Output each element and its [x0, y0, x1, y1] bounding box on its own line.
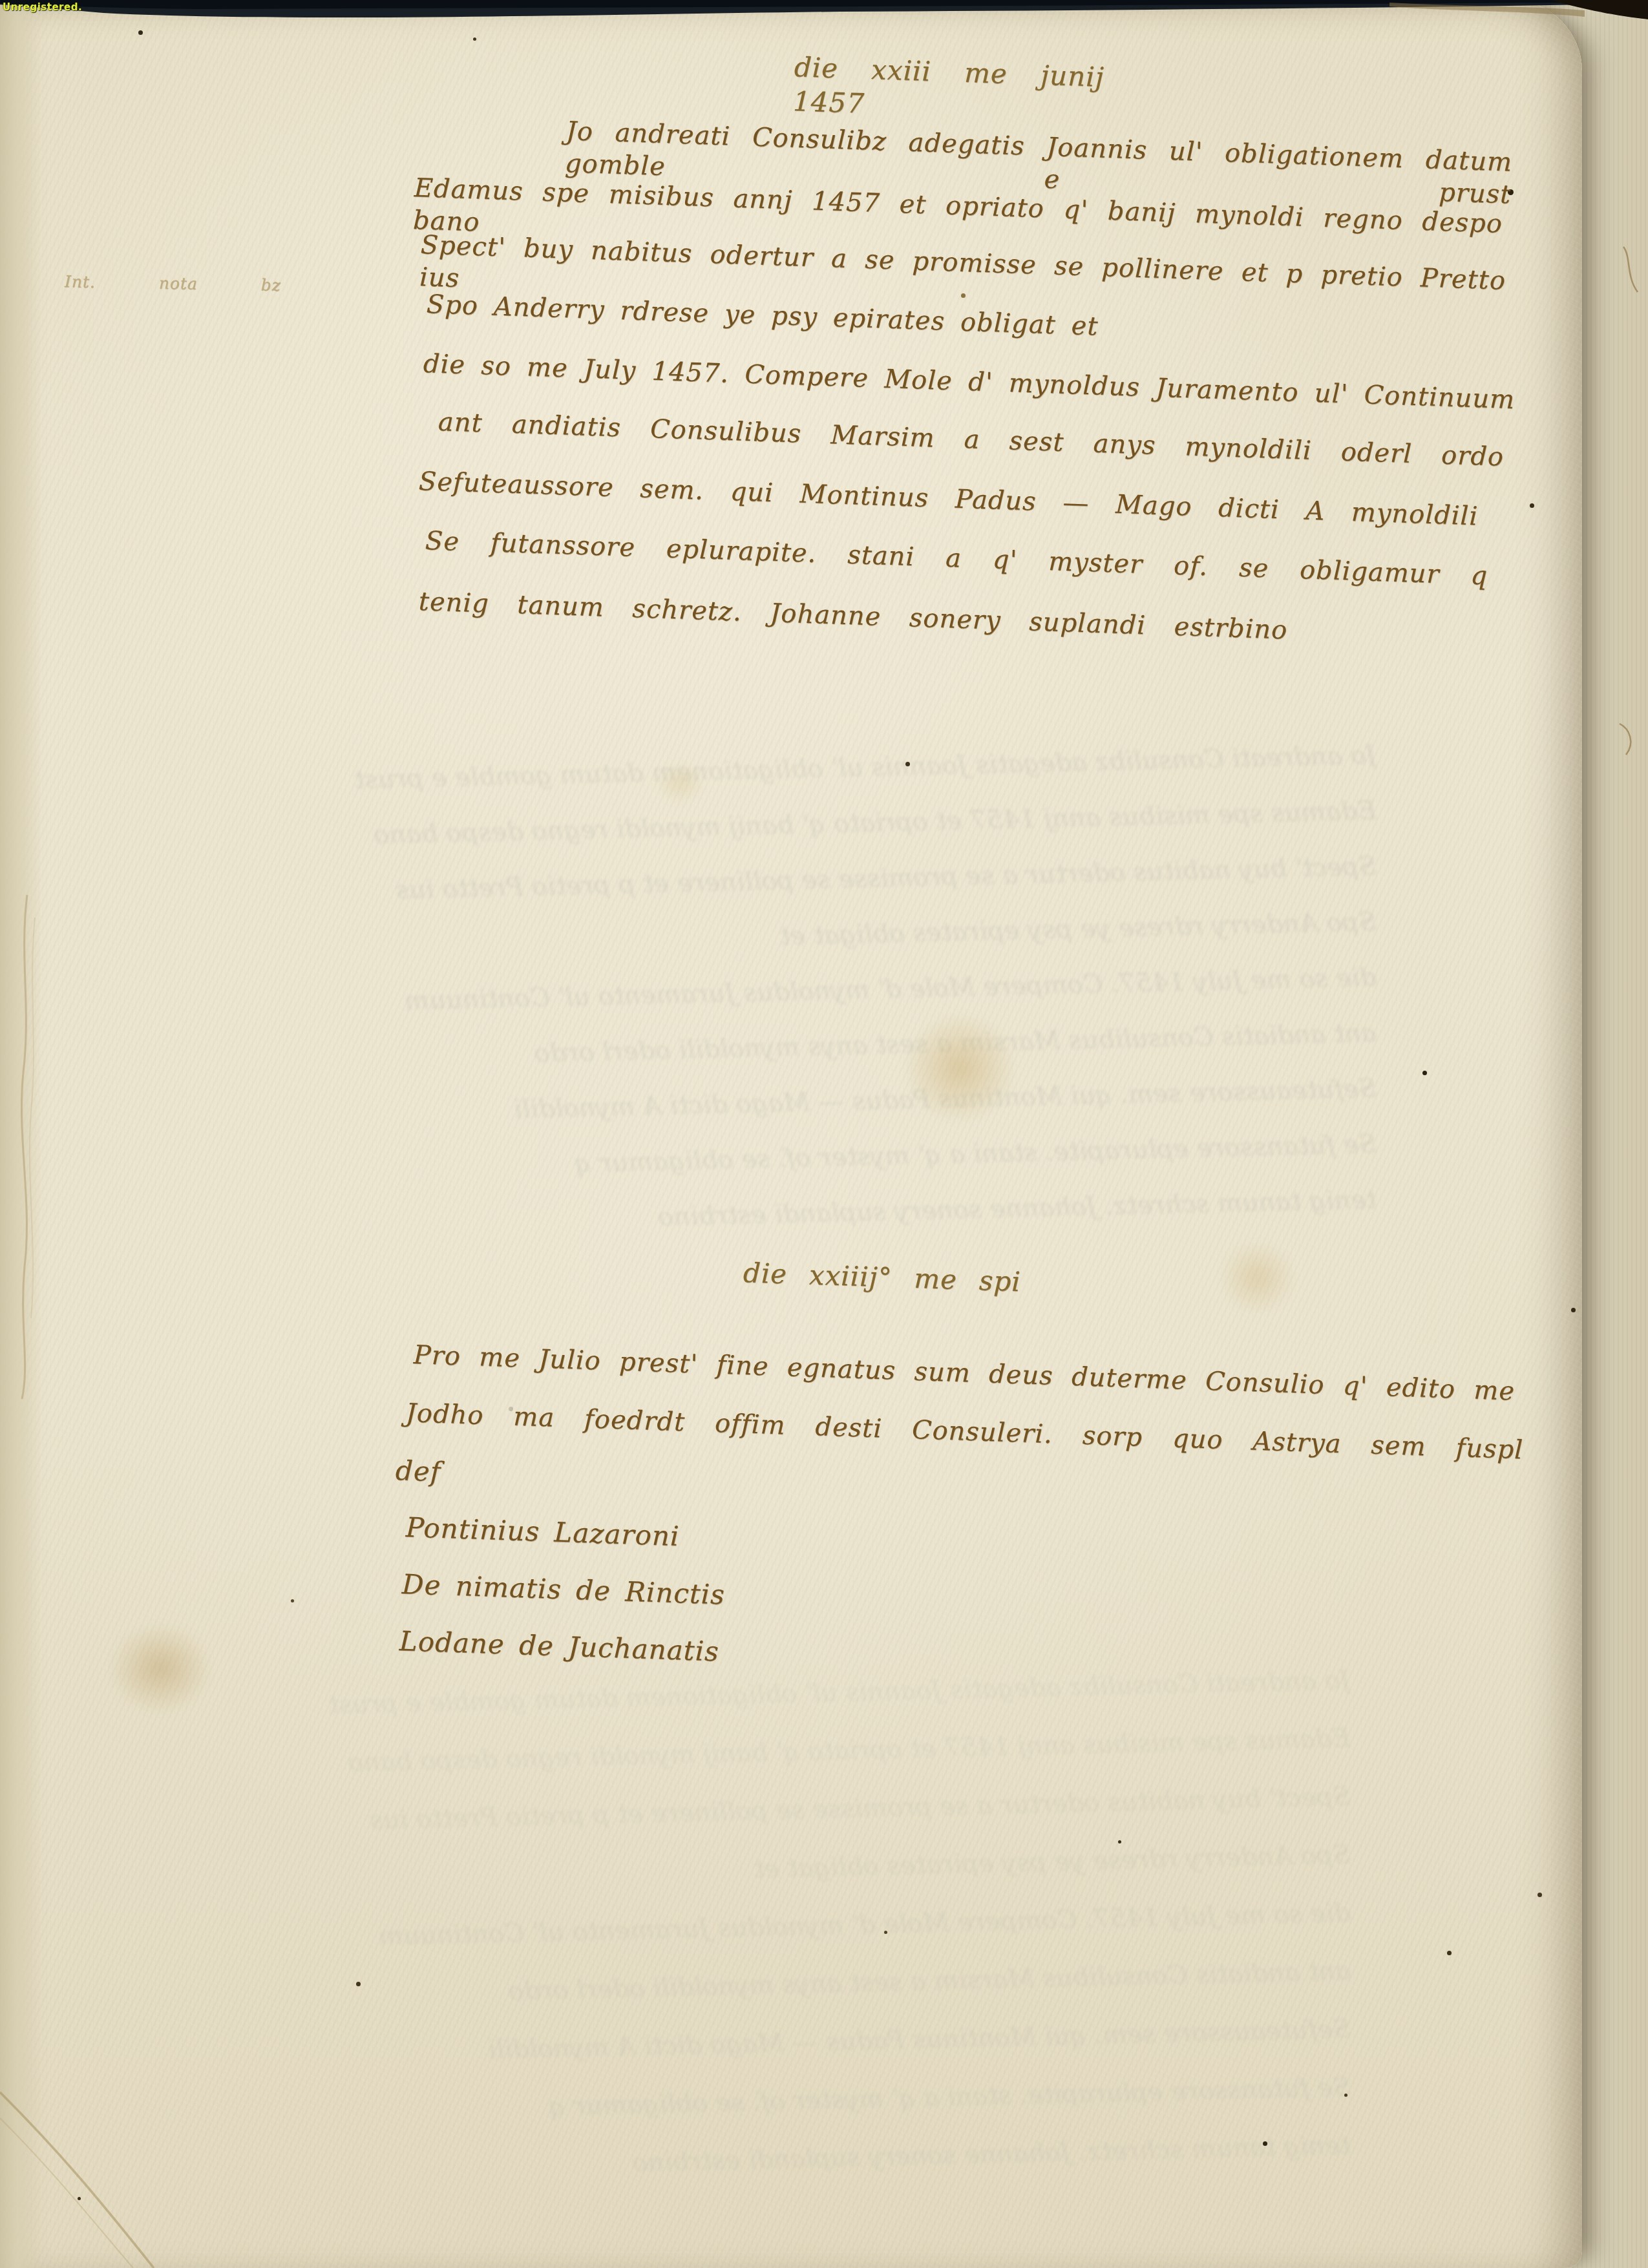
- stain: [1220, 1242, 1294, 1313]
- scanner-watermark: Unregistered.: [3, 1, 82, 13]
- left-deckle-edge: [0, 0, 41, 2268]
- stain: [656, 762, 704, 803]
- margin-note: Int. nota bz: [65, 271, 281, 295]
- manuscript-page: [0, 0, 1582, 2268]
- manuscript-line: def: [395, 1454, 441, 1489]
- stain: [903, 1013, 1017, 1123]
- stain: [109, 1623, 212, 1714]
- dirt-specks: [78, 2197, 81, 2200]
- manuscript-scan: Jo andreati Consulibz adegatis Joannis u…: [0, 0, 1648, 2268]
- date-heading-1: die xxiii me junij 1457: [792, 50, 1104, 129]
